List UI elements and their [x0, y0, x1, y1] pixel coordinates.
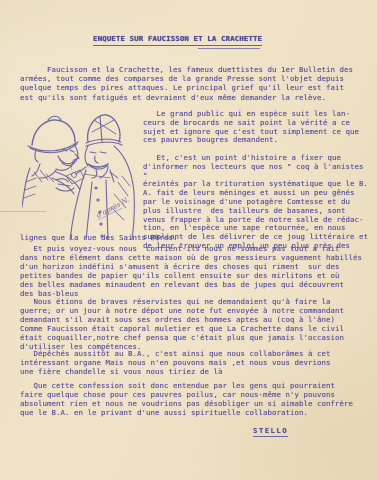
paper-crease-line — [0, 211, 46, 212]
title-underline-accent — [198, 48, 260, 49]
document-title: ENQUETE SUR FAUCISSON ET LA CRACHETTE — [93, 34, 262, 46]
paragraph-beside-illustration: Le grand public qui en espèce suit les l… — [143, 110, 371, 251]
paragraph-confidence: Et puis voyez-vous nous confient-ils nou… — [20, 244, 376, 298]
author-signature: STELLO — [253, 426, 288, 437]
scanned-document-page: ENQUETE SUR FAUCISSON ET LA CRACHETTE Fa… — [0, 0, 377, 480]
paragraph-confession: Que cette confession soit donc entendue … — [20, 381, 376, 417]
soldiers-sketch-illustration: d'après N. — [22, 112, 148, 240]
paragraph-intro: Faucisson et la Crachette, les fameux du… — [20, 65, 372, 102]
paragraph-reservistes: Nous étions de braves réservistes qui ne… — [20, 297, 376, 351]
paragraph-depeches: Dépêchés aussitôt au B.A., c'est ainsi q… — [20, 349, 376, 376]
paragraph-beside-illustration-lastline: lignes que la rue des Saints Pères. — [20, 233, 372, 242]
